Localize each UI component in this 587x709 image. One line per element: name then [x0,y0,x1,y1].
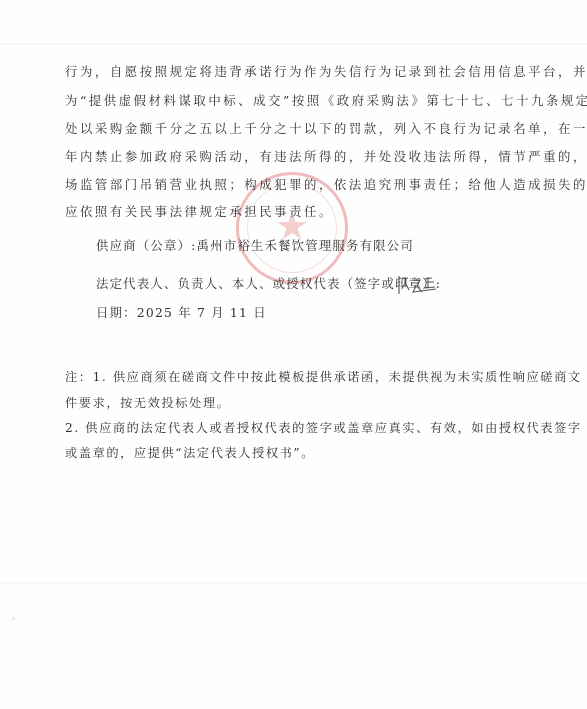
supplier-seal-line: 供应商（公章）:禹州市裕生禾餐饮管理服务有限公司 [96,238,414,254]
date-line: 日期：2025 年 7 月 11 日 [96,305,267,321]
note-line-1: 注：1. 供应商须在磋商文件中按此模板提供承诺函，未提供视为未实质性响应磋商文 [65,369,582,385]
document-page: ★ 行为，自愿按照规定将违背承诺行为作为失信行为记录到社会信用信息平台，并视同 … [0,0,587,709]
note-line-2: 件要求，按无效投标处理。 [65,395,230,411]
scan-speck [12,617,15,620]
body-line-4: 年内禁止参加政府采购活动，有违法所得的，并处没收违法所得，情节严重的，由市 [65,149,587,165]
body-line-5: 场监管部门吊销营业执照；构成犯罪的，依法追究刑事责任；给他人造成损失的，并 [65,177,587,193]
scan-artifact-line [0,43,587,45]
scan-artifact-line [0,582,587,584]
body-line-1: 行为，自愿按照规定将违背承诺行为作为失信行为记录到社会信用信息平台，并视同 [65,64,587,80]
note-line-4: 或盖章的，应提供“法定代表人授权书”。 [65,445,315,461]
handwritten-signature [396,274,444,296]
representative-signature-line: 法定代表人、负责人、本人、或授权代表（签字或印章）: [96,276,441,292]
body-line-2: 为“提供虚假材料谋取中标、成交”按照《政府采购法》第七十七、七十九条规定， [65,93,587,109]
note-line-3: 2. 供应商的法定代表人或者授权代表的签字或盖章应真实、有效，如由授权代表签字 [65,420,582,436]
seal-inner-ring [247,183,337,273]
body-line-6: 应依照有关民事法律规定承担民事责任。 [65,204,334,220]
body-line-3: 处以采购金额千分之五以上千分之十以下的罚款，列入不良行为记录名单，在一至三 [65,121,587,137]
